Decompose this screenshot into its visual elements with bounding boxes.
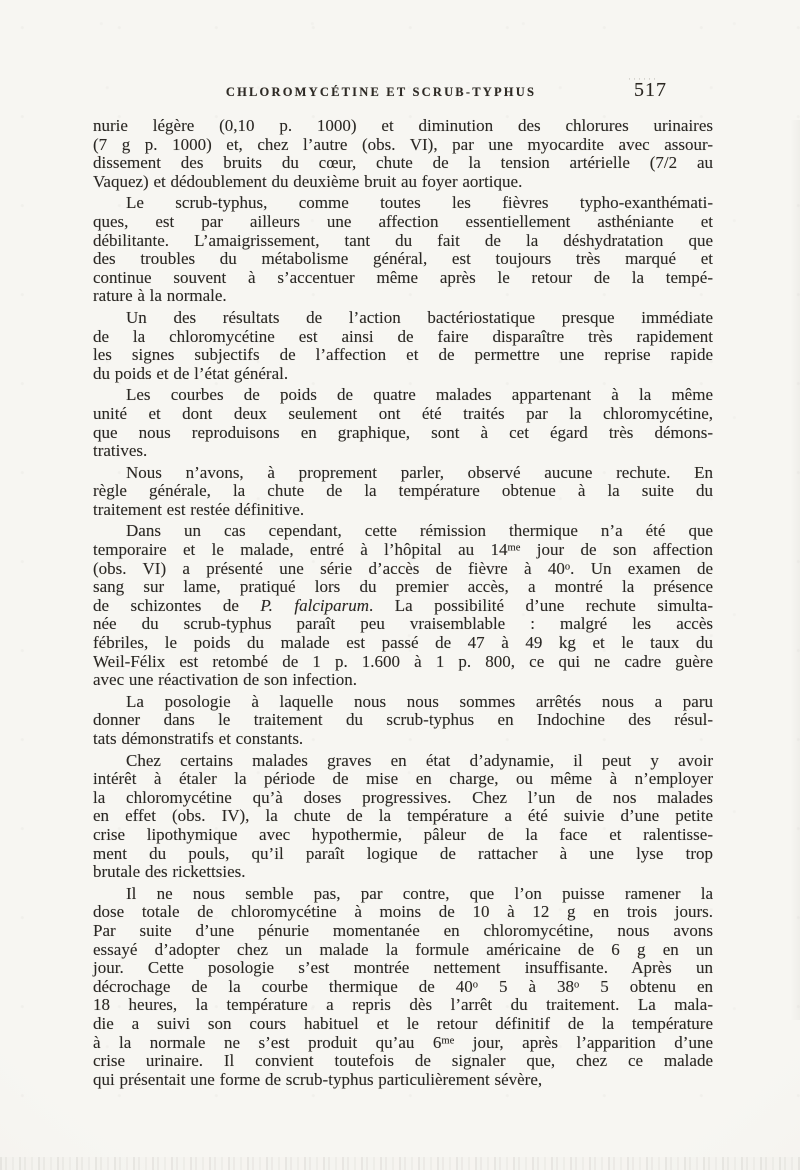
text-line: Dans un cas cependant, cette rémission t… <box>93 522 713 541</box>
text-run: en effet (obs. IV), la chute de la tempé… <box>93 806 713 825</box>
text-run: traitement est restée définitive. <box>93 500 304 519</box>
text-line: ment du pouls, qu’il paraît logique de r… <box>93 845 713 864</box>
text-run: La posologie à laquelle nous nous sommes… <box>126 692 713 711</box>
text-run: les signes subjectifs de l’affection et … <box>93 345 713 364</box>
text-line: Weil-Félix est retombé de 1 p. 1.600 à 1… <box>93 653 713 672</box>
text-run: jour, après l’apparition d’une <box>454 1033 713 1052</box>
text-line: règle générale, la chute de la températu… <box>93 482 713 501</box>
text-line: brutale des rickettsies. <box>93 863 713 882</box>
text-run: unité et dont deux seulement ont été tra… <box>93 404 713 423</box>
text-run: essayé d’adopter chez un malade la formu… <box>93 940 713 959</box>
text-line: avec une réactivation de son infection. <box>93 671 713 690</box>
text-line: rature à la normale. <box>93 287 713 306</box>
text-run: die a suivi son cours habituel et le ret… <box>93 1014 713 1033</box>
paragraph: Il ne nous semble pas, par contre, que l… <box>93 885 713 1090</box>
text-run: sang sur lame, pratiqué lors du premier … <box>93 577 713 596</box>
text-line: décrochage de la courbe thermique de 40o… <box>93 978 713 997</box>
text-line: (obs. VI) a présenté une série d’accès d… <box>93 560 713 579</box>
text-run: 18 heures, la température a repris dès l… <box>93 995 713 1014</box>
text-line: continue souvent à s’accentuer même aprè… <box>93 269 713 288</box>
text-line: jour. Cette posologie s’est montrée nett… <box>93 959 713 978</box>
text-run: jour de son affection <box>520 540 713 559</box>
text-run: Par suite d’une pénurie momentanée en ch… <box>93 921 713 940</box>
text-run: règle générale, la chute de la températu… <box>93 481 713 500</box>
text-run: tratives. <box>93 441 147 460</box>
paragraph: Chez certains malades graves en état d’a… <box>93 752 713 882</box>
text-run: qui présentait une forme de scrub-typhus… <box>93 1070 542 1089</box>
text-line: fébriles, le poids du malade est passé d… <box>93 634 713 653</box>
text-run: crise lipothymique avec hypothermie, pâl… <box>93 825 713 844</box>
text-line: du poids et de l’état général. <box>93 365 713 384</box>
running-title: CHLOROMYCÉTINE ET SCRUB-TYPHUS <box>93 85 713 100</box>
text-run: Vaquez) et dédoublement du deuxième brui… <box>93 172 522 191</box>
text-run: de schizontes de <box>93 596 260 615</box>
text-run: (7 g p. 1000) et, chez l’autre (obs. VI)… <box>93 135 713 154</box>
text-run: tats démonstratifs et constants. <box>93 729 303 748</box>
text-line: Le scrub-typhus, comme toutes les fièvre… <box>93 194 713 213</box>
text-run: continue souvent à s’accentuer même aprè… <box>93 268 713 287</box>
scanned-paper-page: ······ CHLOROMYCÉTINE ET SCRUB-TYPHUS 51… <box>0 0 800 1170</box>
text-run: ment du pouls, qu’il paraît logique de r… <box>93 844 713 863</box>
text-line: Nous n’avons, à proprement parler, obser… <box>93 464 713 483</box>
text-run: dose totale de chloromycétine à moins de… <box>93 902 713 921</box>
text-line: débilitante. L’amaigrissement, tant du f… <box>93 232 713 251</box>
text-line: 18 heures, la température a repris dès l… <box>93 996 713 1015</box>
text-run: donner dans le traitement du scrub-typhu… <box>93 710 713 729</box>
text-line: temporaire et le malade, entré à l’hôpit… <box>93 541 713 560</box>
text-line: les signes subjectifs de l’affection et … <box>93 346 713 365</box>
scan-edge-smudge <box>790 120 800 1020</box>
text-line: dissement des bruits du cœur, chute de l… <box>93 154 713 173</box>
paragraph: Un des résultats de l’action bactériosta… <box>93 309 713 383</box>
text-run: . La possibilité d’une rechute simulta- <box>369 596 713 615</box>
text-line: Chez certains malades graves en état d’a… <box>93 752 713 771</box>
page-number: 517 <box>634 79 667 102</box>
text-run: . Un examen de <box>570 559 713 578</box>
text-run: ques, est par ailleurs une affection ess… <box>93 212 713 231</box>
italic-run: P. falciparum <box>260 596 369 615</box>
text-line: traitement est restée définitive. <box>93 501 713 520</box>
text-run: Les courbes de poids de quatre malades a… <box>126 385 713 404</box>
text-line: crise lipothymique avec hypothermie, pâl… <box>93 826 713 845</box>
paragraph: Le scrub-typhus, comme toutes les fièvre… <box>93 194 713 306</box>
text-line: Il ne nous semble pas, par contre, que l… <box>93 885 713 904</box>
paragraph: Dans un cas cependant, cette rémission t… <box>93 522 713 689</box>
text-run: Le scrub-typhus, comme toutes les fièvre… <box>126 193 713 212</box>
text-run: Chez certains malades graves en état d’a… <box>126 751 713 770</box>
text-run: à la normale ne s’est produit qu’au 6 <box>93 1033 441 1052</box>
superscript-run: me <box>508 542 521 553</box>
text-run: de la chloromycétine est ainsi de faire … <box>93 327 713 346</box>
text-line: née du scrub-typhus paraît peu vraisembl… <box>93 615 713 634</box>
scan-bottom-grain <box>0 1157 800 1170</box>
text-run: Un des résultats de l’action bactériosta… <box>126 308 713 327</box>
text-run: du poids et de l’état général. <box>93 364 288 383</box>
text-run: la chloromycétine qu’à doses progressive… <box>93 788 713 807</box>
text-run: Dans un cas cependant, cette rémission t… <box>126 521 713 540</box>
text-run: brutale des rickettsies. <box>93 862 246 881</box>
text-line: (7 g p. 1000) et, chez l’autre (obs. VI)… <box>93 136 713 155</box>
text-line: en effet (obs. IV), la chute de la tempé… <box>93 807 713 826</box>
text-run: Il ne nous semble pas, par contre, que l… <box>126 884 713 903</box>
text-run: que nous reproduisons en graphique, sont… <box>93 423 713 442</box>
text-line: Par suite d’une pénurie momentanée en ch… <box>93 922 713 941</box>
text-run: intérêt à étaler la période de mise en c… <box>93 769 713 788</box>
text-line: tats démonstratifs et constants. <box>93 730 713 749</box>
text-run: nurie légère (0,10 p. 1000) et diminutio… <box>93 116 713 135</box>
text-line: sang sur lame, pratiqué lors du premier … <box>93 578 713 597</box>
paragraph: nurie légère (0,10 p. 1000) et diminutio… <box>93 117 713 191</box>
text-line: la chloromycétine qu’à doses progressive… <box>93 789 713 808</box>
superscript-run: me <box>441 1035 454 1046</box>
text-line: crise urinaire. Il convient toutefois de… <box>93 1052 713 1071</box>
text-line: ques, est par ailleurs une affection ess… <box>93 213 713 232</box>
text-run: des troubles du métabolisme général, est… <box>93 249 713 268</box>
text-line: Vaquez) et dédoublement du deuxième brui… <box>93 173 713 192</box>
text-run: temporaire et le malade, entré à l’hôpit… <box>93 540 508 559</box>
text-run: née du scrub-typhus paraît peu vraisembl… <box>93 614 713 633</box>
text-line: essayé d’adopter chez un malade la formu… <box>93 941 713 960</box>
text-line: Les courbes de poids de quatre malades a… <box>93 386 713 405</box>
text-run: rature à la normale. <box>93 286 227 305</box>
text-run: décrochage de la courbe thermique de 40 <box>93 977 473 996</box>
text-run: 5 à 38 <box>478 977 574 996</box>
paragraph: La posologie à laquelle nous nous sommes… <box>93 693 713 749</box>
text-line: intérêt à étaler la période de mise en c… <box>93 770 713 789</box>
text-run: jour. Cette posologie s’est montrée nett… <box>93 958 713 977</box>
text-line: dose totale de chloromycétine à moins de… <box>93 903 713 922</box>
text-line: La posologie à laquelle nous nous sommes… <box>93 693 713 712</box>
text-line: tratives. <box>93 442 713 461</box>
text-line: donner dans le traitement du scrub-typhu… <box>93 711 713 730</box>
paragraph: Les courbes de poids de quatre malades a… <box>93 386 713 460</box>
text-line: nurie légère (0,10 p. 1000) et diminutio… <box>93 117 713 136</box>
text-line: de la chloromycétine est ainsi de faire … <box>93 328 713 347</box>
text-run: crise urinaire. Il convient toutefois de… <box>93 1051 713 1070</box>
paragraph: Nous n’avons, à proprement parler, obser… <box>93 464 713 520</box>
text-block: nurie légère (0,10 p. 1000) et diminutio… <box>93 117 713 1089</box>
text-run: 5 obtenu en <box>579 977 713 996</box>
text-line: qui présentait une forme de scrub-typhus… <box>93 1071 713 1090</box>
text-line: de schizontes de P. falciparum. La possi… <box>93 597 713 616</box>
text-line: des troubles du métabolisme général, est… <box>93 250 713 269</box>
text-run: dissement des bruits du cœur, chute de l… <box>93 153 713 172</box>
text-run: fébriles, le poids du malade est passé d… <box>93 633 713 652</box>
text-run: (obs. VI) a présenté une série d’accès d… <box>93 559 565 578</box>
text-line: unité et dont deux seulement ont été tra… <box>93 405 713 424</box>
text-line: Un des résultats de l’action bactériosta… <box>93 309 713 328</box>
text-run: avec une réactivation de son infection. <box>93 670 357 689</box>
text-line: à la normale ne s’est produit qu’au 6me … <box>93 1034 713 1053</box>
text-run: Nous n’avons, à proprement parler, obser… <box>126 463 713 482</box>
page-header: CHLOROMYCÉTINE ET SCRUB-TYPHUS 517 <box>93 82 713 106</box>
text-line: que nous reproduisons en graphique, sont… <box>93 424 713 443</box>
text-run: Weil-Félix est retombé de 1 p. 1.600 à 1… <box>93 652 713 671</box>
text-line: die a suivi son cours habituel et le ret… <box>93 1015 713 1034</box>
text-run: débilitante. L’amaigrissement, tant du f… <box>93 231 713 250</box>
